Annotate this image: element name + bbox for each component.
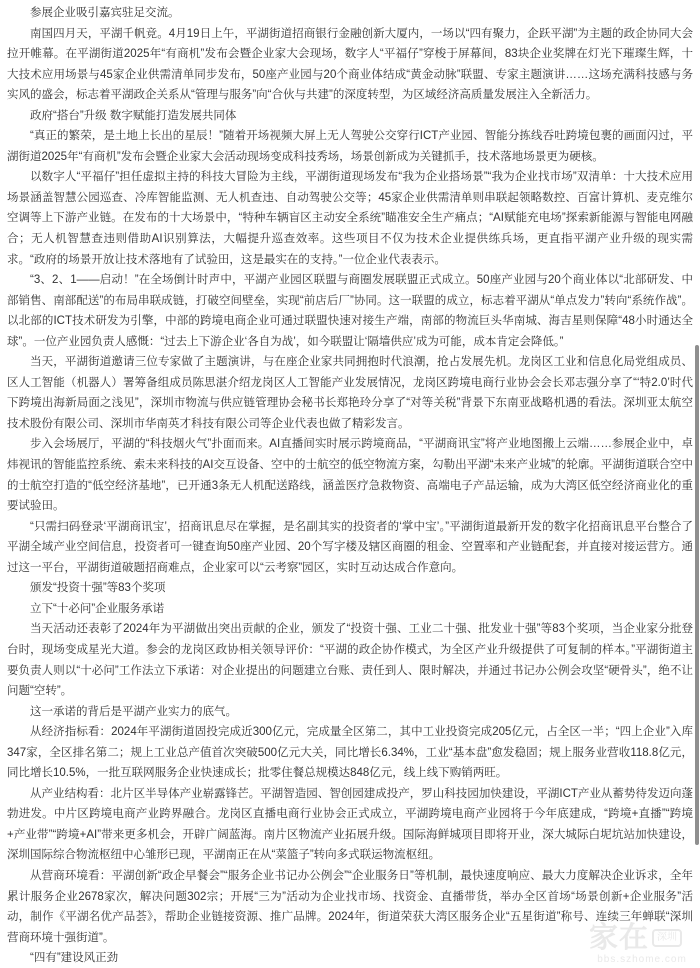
article-body: 参展企业吸引嘉宾驻足交流。 南国四月天，平湖千帆竞。4月19日上午，平湖街道招商… bbox=[0, 0, 700, 968]
paragraph: 当天活动还表彰了2024年为平湖做出突出贡献的企业，颁发了“投资十强、工业二十强… bbox=[7, 619, 693, 701]
watermark-region-badge: 深圳 bbox=[652, 929, 682, 947]
paragraph: “真正的繁荣，是土地上长出的星辰！”随着开场视频大屏上无人驾驶公交穿行ICT产业… bbox=[7, 126, 693, 167]
watermark: 家在 深圳 bbs.szhome.com bbox=[589, 923, 695, 966]
paragraph: 步入会场展厅，平湖的“科技烟火气”扑面而来。AI直播间实时展示跨境商品，“平湖商… bbox=[7, 434, 693, 516]
section-heading: 立下“十必问”企业服务承诺 bbox=[7, 599, 693, 620]
paragraph: 这一承诺的背后是平湖产业实力的底气。 bbox=[7, 702, 693, 723]
section-heading: 颁发“投资十强”等83个奖项 bbox=[7, 578, 693, 599]
watermark-site-url: bbs.szhome.com bbox=[589, 954, 695, 966]
paragraph: 参展企业吸引嘉宾驻足交流。 bbox=[7, 3, 693, 24]
paragraph: 当天，平湖街道邀请三位专家做了主题演讲，与在座企业家共同拥抱时代浪潮，抢占发展先… bbox=[7, 352, 693, 434]
paragraph: 南国四月天，平湖千帆竞。4月19日上午，平湖街道招商银行金融创新大厦内，一场以“… bbox=[7, 24, 693, 106]
paragraph: “3、2、1——启动！”在全场倒计时声中，平湖产业园区联盟与商圈发展联盟正式成立… bbox=[7, 270, 693, 352]
section-heading: 政府“搭台”升级 数字赋能打造发展共同体 bbox=[7, 106, 693, 127]
paragraph: “只需扫码登录‘平湖商讯宝’，招商讯息尽在掌握，是名副其实的投资者的‘掌中宝’。… bbox=[7, 517, 693, 579]
watermark-logo-text: 家在 bbox=[589, 923, 649, 953]
paragraph: 从经济指标看：2024年平湖街道固投完成近300亿元，完成量全区第二，其中工业投… bbox=[7, 722, 693, 784]
scrollbar-thumb[interactable] bbox=[695, 345, 699, 845]
paragraph: 从产业结构看：北片区半导体产业崭露锋芒。平湖智造园、智创园建成投产，罗山科技园加… bbox=[7, 784, 693, 866]
paragraph: 以数字人“平福仔”担任虚拟主持的科技大冒险为主线，平湖街道现场发布“我为企业搭场… bbox=[7, 167, 693, 270]
